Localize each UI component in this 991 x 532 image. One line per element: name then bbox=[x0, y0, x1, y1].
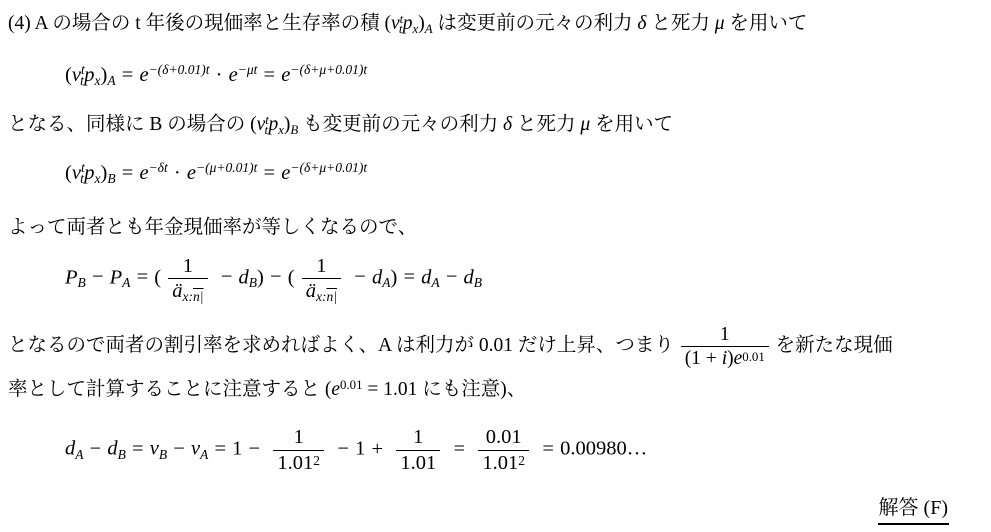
document-page: (4) A の場合の t 年後の現価率と生存率の積 (vttpx)A は変更前の… bbox=[0, 0, 991, 532]
minus-sign: − bbox=[337, 438, 349, 460]
answer-label: 解答 (F) bbox=[878, 491, 949, 525]
para2-text-2: も変更前の元々の利力 bbox=[298, 114, 503, 135]
lparen: ( bbox=[288, 266, 295, 288]
minus-sign: − bbox=[249, 438, 261, 460]
exponent-3: −(δ+μ+0.01)t bbox=[290, 62, 367, 77]
equals-sign: = bbox=[132, 438, 144, 460]
var-v: v bbox=[191, 438, 200, 460]
exponent-1: −(δ+0.01)t bbox=[149, 62, 210, 77]
sub-x: x bbox=[413, 22, 419, 36]
fraction-numerator: 1 bbox=[302, 254, 341, 278]
rparen: ) bbox=[418, 13, 425, 34]
sub-A: A bbox=[200, 447, 208, 462]
equals-sign: = bbox=[214, 438, 226, 460]
math-vtpx-b: (vttpx)B bbox=[65, 162, 116, 184]
equals-sign: = bbox=[122, 162, 134, 184]
fraction-denominator: (1 + i)e0.01 bbox=[681, 346, 769, 370]
sub-x: x bbox=[95, 73, 101, 88]
exponent: 0.01 bbox=[340, 378, 363, 392]
fraction-numerator: 0.01 bbox=[478, 425, 529, 449]
var-d: d bbox=[107, 438, 117, 460]
den-base: 1.01 bbox=[482, 452, 518, 474]
sub-A: A bbox=[431, 275, 439, 290]
paragraph-2: となる、同様に B の場合の (vttpx)B も変更前の元々の利力 δ と死力… bbox=[8, 111, 977, 140]
sub-label-b: B bbox=[290, 123, 298, 137]
fraction-denominator: äx:n| bbox=[168, 278, 207, 303]
lparen: ( bbox=[65, 162, 72, 184]
para2-text-4: を用いて bbox=[590, 114, 673, 135]
formula-3: PB−PA=(1äx:n|−dB)−(1äx:n|−dA)=dA−dB bbox=[65, 254, 977, 303]
para1-text-1: (4) A の場合の bbox=[8, 13, 135, 34]
var-d: d bbox=[239, 266, 249, 288]
math-vtpx-a: (vttpx)A bbox=[65, 64, 116, 86]
para2-text-1: となる、同様に B の場合の bbox=[8, 114, 250, 135]
formula-1: (vttpx)A=e−(δ+0.01)t·e−μt=e−(δ+μ+0.01)t bbox=[65, 60, 977, 92]
exponent-1: −δt bbox=[149, 160, 168, 175]
equals-sign: = bbox=[122, 64, 134, 86]
rparen: ) bbox=[257, 266, 264, 288]
paragraph-4-line-1: となるので両者の割引率を求めればよく、A は利力が 0.01 だけ上昇、つまり1… bbox=[8, 323, 977, 370]
paragraph-3: よって両者とも年金現価率が等しくなるので、 bbox=[8, 214, 977, 241]
var-P: P bbox=[65, 266, 78, 288]
result-value: 0.00980… bbox=[560, 438, 647, 460]
sub-x: x bbox=[278, 123, 284, 137]
fraction-001-over-101sq: 0.011.012 bbox=[478, 425, 529, 474]
para4-text-2: を新たな現価 bbox=[776, 335, 893, 356]
equals-sign: = bbox=[454, 438, 466, 460]
annuity-subscript: x:n| bbox=[183, 289, 204, 304]
sub-label-a: A bbox=[425, 22, 433, 36]
annuity-a-symbol: ä bbox=[306, 280, 316, 302]
exponent: 2 bbox=[518, 453, 525, 468]
var-e: e bbox=[281, 162, 290, 184]
sub-B: B bbox=[159, 447, 167, 462]
lparen: ( bbox=[154, 266, 161, 288]
var-mu: μ bbox=[580, 114, 590, 135]
var-d: d bbox=[464, 266, 474, 288]
var-e: e bbox=[281, 64, 290, 86]
var-v: v bbox=[257, 114, 266, 135]
minus-sign: − bbox=[90, 438, 102, 460]
minus-sign: − bbox=[354, 266, 366, 288]
den-base: 1.01 bbox=[400, 452, 436, 474]
presub-t: t bbox=[265, 123, 269, 137]
rparen: ) bbox=[390, 266, 397, 288]
fraction-1-over-101sq: 11.012 bbox=[273, 425, 324, 474]
sub-label-b: B bbox=[107, 171, 115, 186]
minus-sign: − bbox=[221, 266, 233, 288]
para4-text-4: = 1.01 にも注意)、 bbox=[363, 379, 527, 400]
number-one: 1 bbox=[355, 438, 365, 460]
presub-t: t bbox=[80, 171, 84, 186]
minus-sign: − bbox=[446, 266, 458, 288]
var-d: d bbox=[65, 438, 75, 460]
var-p: p bbox=[84, 162, 94, 184]
annuity-sub-x: x: bbox=[316, 289, 327, 304]
annuity-sub-x: x: bbox=[183, 289, 194, 304]
fraction-new-present-value: 1(1 + i)e0.01 bbox=[681, 323, 769, 370]
exponent: 0.01 bbox=[742, 350, 765, 364]
var-e: e bbox=[139, 64, 148, 86]
var-d: d bbox=[421, 266, 431, 288]
paragraph-4-line-2: 率として計算することに注意すると (e0.01 = 1.01 にも注意)、 bbox=[8, 376, 977, 405]
math-vtpx-a-inline: (vttpx)A bbox=[384, 13, 432, 34]
sub-A: A bbox=[382, 275, 390, 290]
fraction-denominator: 1.012 bbox=[273, 450, 324, 475]
para1-text-3: は変更前の元々の利力 bbox=[433, 13, 638, 34]
annuity-sub-n-angle: n| bbox=[193, 289, 203, 304]
fraction-denominator: 1.01 bbox=[396, 450, 440, 475]
fraction-annuity-1: 1äx:n| bbox=[168, 254, 207, 303]
sub-B: B bbox=[249, 275, 257, 290]
sub-B: B bbox=[118, 447, 126, 462]
para1-text-4: と死力 bbox=[646, 13, 714, 34]
minus-sign: − bbox=[270, 266, 282, 288]
lparen: ( bbox=[65, 64, 72, 86]
equals-sign: = bbox=[137, 266, 149, 288]
formula-4: dA−dB=vB−vA=1−11.012−1+11.01=0.011.012=0… bbox=[65, 425, 977, 474]
annuity-a-symbol: ä bbox=[172, 280, 182, 302]
math-vtpx-b-inline: (vttpx)B bbox=[250, 114, 298, 135]
sub-A: A bbox=[75, 447, 83, 462]
minus-sign: − bbox=[173, 438, 185, 460]
var-e: e bbox=[331, 379, 340, 400]
fraction-numerator: 1 bbox=[168, 254, 207, 278]
equals-sign: = bbox=[542, 438, 554, 460]
annuity-sub-n-angle: n| bbox=[326, 289, 336, 304]
equals-sign: = bbox=[403, 266, 415, 288]
answer-row: 解答 (F) bbox=[8, 491, 977, 525]
presub-t: t bbox=[80, 73, 84, 88]
fraction-numerator: 1 bbox=[396, 425, 440, 449]
exponent-2: −μt bbox=[238, 62, 258, 77]
exponent-2: −(μ+0.01)t bbox=[196, 160, 257, 175]
den-open: (1 + bbox=[685, 348, 722, 369]
para4-text-3: 率として計算することに注意すると ( bbox=[8, 379, 331, 400]
var-d: d bbox=[372, 266, 382, 288]
var-p: p bbox=[84, 64, 94, 86]
sub-x: x bbox=[95, 171, 101, 186]
var-p: p bbox=[403, 13, 413, 34]
fraction-denominator: 1.012 bbox=[478, 450, 529, 475]
var-e: e bbox=[187, 162, 196, 184]
para1-text-2: 年後の現価率と生存率の積 bbox=[141, 13, 385, 34]
exponent-3: −(δ+μ+0.01)t bbox=[290, 160, 367, 175]
sub-label-a: A bbox=[107, 73, 115, 88]
var-v: v bbox=[150, 438, 159, 460]
plus-sign: + bbox=[371, 438, 383, 460]
var-e: e bbox=[229, 64, 238, 86]
var-e: e bbox=[139, 162, 148, 184]
fraction-1-over-101: 11.01 bbox=[396, 425, 440, 474]
paragraph-1: (4) A の場合の t 年後の現価率と生存率の積 (vttpx)A は変更前の… bbox=[8, 10, 977, 39]
annuity-subscript: x:n| bbox=[316, 289, 337, 304]
den-base: 1.01 bbox=[277, 452, 313, 474]
var-P: P bbox=[110, 266, 123, 288]
equals-sign: = bbox=[264, 64, 276, 86]
para4-text-1: となるので両者の割引率を求めればよく、A は利力が 0.01 だけ上昇、つまり bbox=[8, 335, 674, 356]
para2-text-3: と死力 bbox=[512, 114, 580, 135]
var-e: e bbox=[734, 348, 743, 369]
var-p: p bbox=[268, 114, 278, 135]
var-delta: δ bbox=[503, 114, 512, 135]
cdot-sign: · bbox=[216, 64, 223, 86]
fraction-denominator: äx:n| bbox=[302, 278, 341, 303]
para1-text-5: を用いて bbox=[725, 13, 808, 34]
number-one: 1 bbox=[232, 438, 242, 460]
equals-sign: = bbox=[264, 162, 276, 184]
sub-B: B bbox=[474, 275, 482, 290]
fraction-numerator: 1 bbox=[681, 323, 769, 346]
sub-A: A bbox=[122, 275, 130, 290]
presub-t: t bbox=[399, 22, 403, 36]
cdot-sign: · bbox=[174, 162, 181, 184]
formula-2: (vttpx)B=e−δt·e−(μ+0.01)t=e−(δ+μ+0.01)t bbox=[65, 158, 977, 190]
var-mu: μ bbox=[715, 13, 725, 34]
fraction-annuity-2: 1äx:n| bbox=[302, 254, 341, 303]
sub-B: B bbox=[78, 275, 86, 290]
para3-text: よって両者とも年金現価率が等しくなるので、 bbox=[8, 217, 417, 238]
exponent: 2 bbox=[313, 453, 320, 468]
fraction-numerator: 1 bbox=[273, 425, 324, 449]
minus-sign: − bbox=[92, 266, 104, 288]
